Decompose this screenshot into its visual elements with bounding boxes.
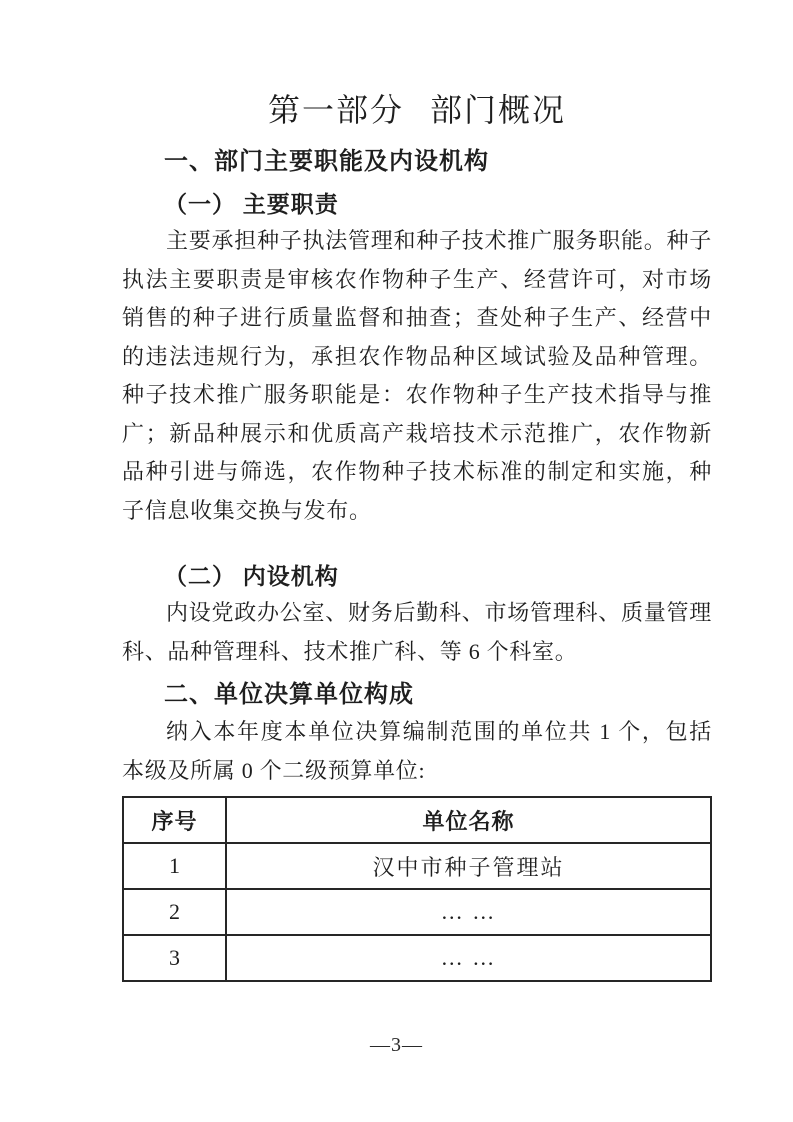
table-header-row: 序号 单位名称 — [123, 797, 711, 843]
row-index: 1 — [123, 843, 226, 889]
main-duties-paragraph: 主要承担种子执法管理和种子技术推广服务职能。种子执法主要职责是审核农作物种子生产… — [122, 222, 712, 530]
unit-name: … … — [226, 935, 711, 981]
unit-list-table: 序号 单位名称 1 汉中市种子管理站 2 … … 3 … … — [122, 796, 712, 982]
unit-name: 汉中市种子管理站 — [226, 843, 711, 889]
column-header-index: 序号 — [123, 797, 226, 843]
row-index: 3 — [123, 935, 226, 981]
row-index: 2 — [123, 889, 226, 935]
column-header-unit-name: 单位名称 — [226, 797, 711, 843]
unit-name: … … — [226, 889, 711, 935]
table-row: 2 … … — [123, 889, 711, 935]
unit-composition-paragraph: 纳入本年度本单位决算编制范围的单位共 1 个，包括本级及所属 0 个二级预算单位… — [122, 713, 712, 790]
section-2-heading: 二、单位决算单位构成 — [122, 679, 712, 711]
section-1-1-heading: （一） 主要职责 — [122, 190, 712, 220]
internal-organs-paragraph: 内设党政办公室、财务后勤科、市场管理科、质量管理科、品种管理科、技术推广科、等 … — [122, 594, 712, 671]
page-number: —3— — [0, 1034, 793, 1057]
document-title: 第一部分 部门概况 — [122, 88, 712, 132]
section-1-heading: 一、部门主要职能及内设机构 — [122, 146, 712, 178]
table-row: 1 汉中市种子管理站 — [123, 843, 711, 889]
section-1-2-heading: （二） 内设机构 — [122, 562, 712, 592]
table-row: 3 … … — [123, 935, 711, 981]
document-page: 第一部分 部门概况 一、部门主要职能及内设机构 （一） 主要职责 主要承担种子执… — [0, 0, 793, 1122]
